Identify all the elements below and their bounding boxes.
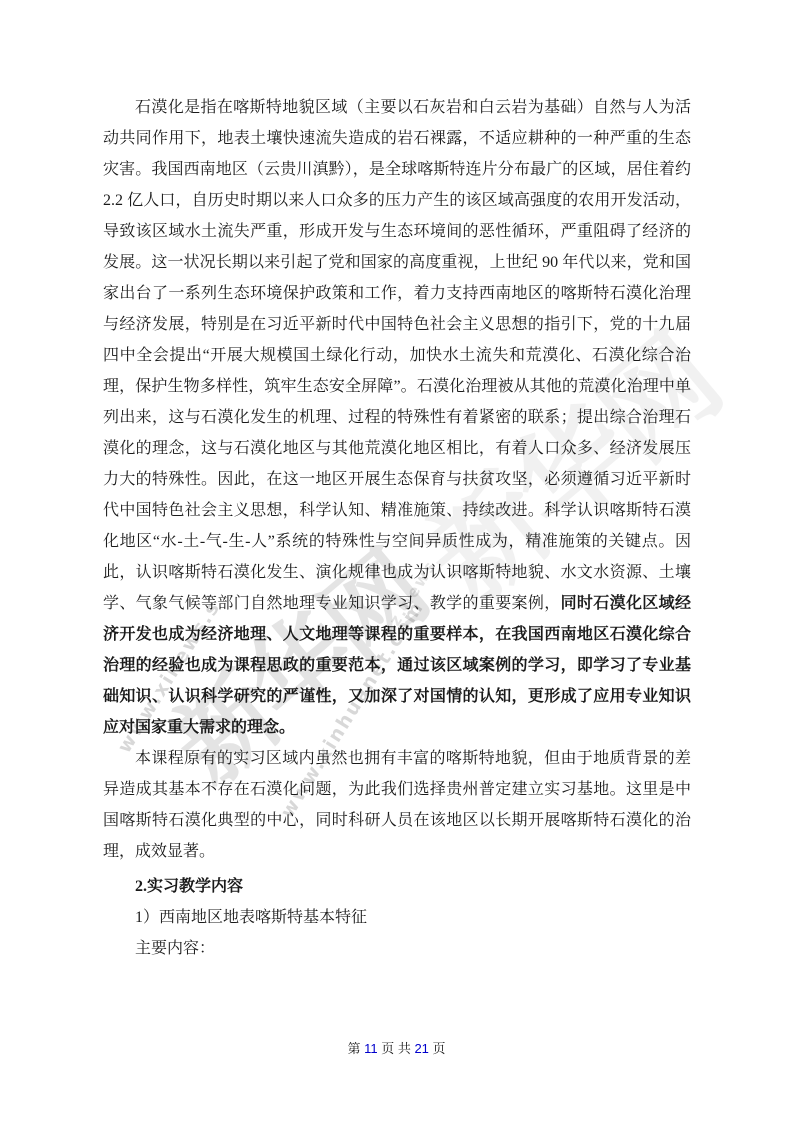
section-heading-run-0: 2.实习教学内容 — [135, 878, 243, 895]
field-base-paragraph-run-0: 本课程原有的实习区域内虽然也拥有丰富的喀斯特地貌，但由于地质背景的差异造成其基本… — [103, 750, 691, 860]
main-content-label-run-0: 主要内容： — [135, 940, 215, 957]
main-content-label: 主要内容： — [103, 933, 691, 964]
footer-total-pages-number: 21 — [414, 1041, 428, 1056]
document-page: 新华网 新华网 www.xinhuanet.com www.xinews.s s… — [0, 0, 793, 1122]
footer-label-before: 第 — [347, 1041, 360, 1056]
list-item-1-run-0: 1）西南地区地表喀斯特基本特征 — [135, 909, 367, 926]
footer-current-page-number: 11 — [364, 1041, 378, 1056]
footer-label-after: 页 — [433, 1041, 446, 1056]
intro-paragraph-run-1: 同时石漠化区域经济开发也成为经济地理、人文地理等课程的重要样本，在我国西南地区石… — [103, 595, 691, 736]
section-heading: 2.实习教学内容 — [103, 871, 691, 902]
intro-paragraph-run-0: 石漠化是指在喀斯特地貌区域（主要以石灰岩和白云岩为基础）自然与人为活动共同作用下… — [103, 99, 691, 612]
intro-paragraph: 石漠化是指在喀斯特地貌区域（主要以石灰岩和白云岩为基础）自然与人为活动共同作用下… — [103, 92, 691, 743]
list-item-1: 1）西南地区地表喀斯特基本特征 — [103, 902, 691, 933]
field-base-paragraph: 本课程原有的实习区域内虽然也拥有丰富的喀斯特地貌，但由于地质背景的差异造成其基本… — [103, 743, 691, 867]
document-body: 石漠化是指在喀斯特地貌区域（主要以石灰岩和白云岩为基础）自然与人为活动共同作用下… — [103, 92, 691, 964]
footer-label-middle: 页 共 — [381, 1041, 411, 1056]
page-footer: 第 11 页 共 21 页 — [0, 1038, 793, 1057]
